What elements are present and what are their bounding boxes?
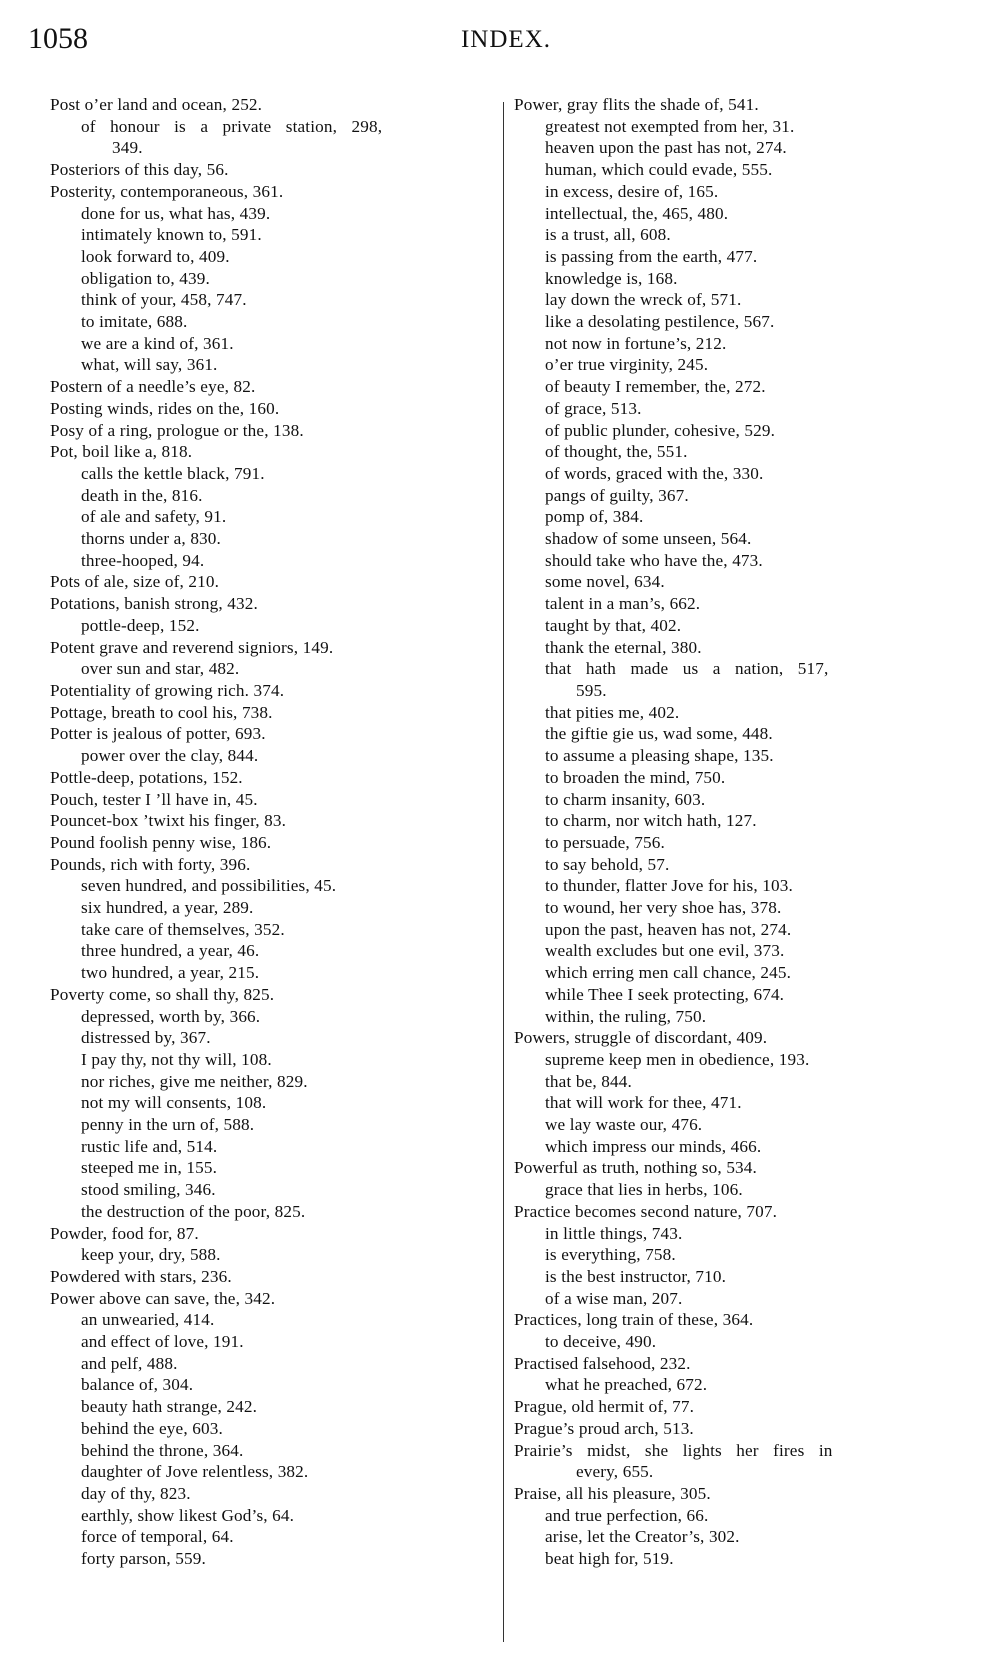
index-subentry: death in the, 816. [50,485,495,507]
index-subentry: the giftie gie us, wad some, 448. [514,723,954,745]
index-subentry: forty parson, 559. [50,1548,495,1570]
index-entry: Prague’s proud arch, 513. [514,1418,954,1440]
index-subentry: penny in the urn of, 588. [50,1114,495,1136]
index-subentry: think of your, 458, 747. [50,289,495,311]
index-subentry: of thought, the, 551. [514,441,954,463]
index-subentry: what, will say, 361. [50,354,495,376]
index-subentry: of words, graced with the, 330. [514,463,954,485]
index-entry: Posting winds, rides on the, 160. [50,398,495,420]
index-subentry: to assume a pleasing shape, 135. [514,745,954,767]
index-subentry: talent in a man’s, 662. [514,593,954,615]
index-subentry: I pay thy, not thy will, 108. [50,1049,495,1071]
index-subentry: of a wise man, 207. [514,1288,954,1310]
index-subentry: and effect of love, 191. [50,1331,495,1353]
index-subentry: thorns under a, 830. [50,528,495,550]
index-subentry: steeped me in, 155. [50,1157,495,1179]
index-subentry: seven hundred, and possibilities, 45. [50,875,495,897]
index-subentry: stood smiling, 346. [50,1179,495,1201]
index-entry: Postern of a needle’s eye, 82. [50,376,495,398]
index-subentry: of beauty I remember, the, 272. [514,376,954,398]
index-entry: Posy of a ring, prologue or the, 138. [50,420,495,442]
index-entry: Poverty come, so shall thy, 825. [50,984,495,1006]
index-entry: Practices, long train of these, 364. [514,1309,954,1331]
index-subentry: an unwearied, 414. [50,1309,495,1331]
index-entry: Powder, food for, 87. [50,1223,495,1245]
index-entry: Pot, boil like a, 818. [50,441,495,463]
index-subentry: we lay waste our, 476. [514,1114,954,1136]
index-subentry: done for us, what has, 439. [50,203,495,225]
index-subentry: is the best instructor, 710. [514,1266,954,1288]
index-subentry: to charm, nor witch hath, 127. [514,810,954,832]
index-subentry: rustic life and, 514. [50,1136,495,1158]
index-subentry: the destruction of the poor, 825. [50,1201,495,1223]
index-subentry: in excess, desire of, 165. [514,181,954,203]
index-continuation: 595. [514,680,954,702]
index-subentry: calls the kettle black, 791. [50,463,495,485]
index-subentry: what he preached, 672. [514,1374,954,1396]
index-subentry: that will work for thee, 471. [514,1092,954,1114]
index-subentry: earthly, show likest God’s, 64. [50,1505,495,1527]
index-subentry: depressed, worth by, 366. [50,1006,495,1028]
index-subentry: pomp of, 384. [514,506,954,528]
index-subentry: arise, let the Creator’s, 302. [514,1526,954,1548]
index-subentry: to broaden the mind, 750. [514,767,954,789]
index-entry: Potter is jealous of potter, 693. [50,723,495,745]
index-subentry: of public plunder, cohesive, 529. [514,420,954,442]
index-subentry: pottle-deep, 152. [50,615,495,637]
index-subentry: behind the eye, 603. [50,1418,495,1440]
index-subentry: over sun and star, 482. [50,658,495,680]
index-subentry: intimately known to, 591. [50,224,495,246]
index-subentry: supreme keep men in obedience, 193. [514,1049,954,1071]
index-subentry: three-hooped, 94. [50,550,495,572]
index-subentry: that hath made us a nation, 517, [514,658,954,680]
index-subentry: is a trust, all, 608. [514,224,954,246]
index-entry: Pots of ale, size of, 210. [50,571,495,593]
left-column: Post o’er land and ocean, 252.of honour … [50,94,495,1570]
index-subentry: like a desolating pestilence, 567. [514,311,954,333]
index-entry: Power, gray flits the shade of, 541. [514,94,954,116]
index-subentry: shadow of some unseen, 564. [514,528,954,550]
index-entry: Posteriors of this day, 56. [50,159,495,181]
index-continuation: 349. [50,137,495,159]
index-subentry: that pities me, 402. [514,702,954,724]
index-entry: Pouch, tester I ’ll have in, 45. [50,789,495,811]
index-entry: Potations, banish strong, 432. [50,593,495,615]
right-column: Power, gray flits the shade of, 541.grea… [514,94,954,1570]
index-entry: Powers, struggle of discordant, 409. [514,1027,954,1049]
index-subentry: is passing from the earth, 477. [514,246,954,268]
index-entry: Powdered with stars, 236. [50,1266,495,1288]
index-subentry: not now in fortune’s, 212. [514,333,954,355]
index-subentry: upon the past, heaven has not, 274. [514,919,954,941]
index-subentry: taught by that, 402. [514,615,954,637]
index-subentry: of ale and safety, 91. [50,506,495,528]
index-subentry: force of temporal, 64. [50,1526,495,1548]
index-subentry: to wound, her very shoe has, 378. [514,897,954,919]
index-subentry: is everything, 758. [514,1244,954,1266]
index-subentry: beauty hath strange, 242. [50,1396,495,1418]
index-entry: Pottage, breath to cool his, 738. [50,702,495,724]
index-subentry: daughter of Jove relentless, 382. [50,1461,495,1483]
index-subentry: some novel, 634. [514,571,954,593]
index-subentry: to thunder, flatter Jove for his, 103. [514,875,954,897]
index-subentry: of honour is a private station, 298, [50,116,495,138]
index-subentry: heaven upon the past has not, 274. [514,137,954,159]
index-subentry: which erring men call chance, 245. [514,962,954,984]
index-continuation: every, 655. [514,1461,954,1483]
index-subentry: behind the throne, 364. [50,1440,495,1462]
index-entry: Powerful as truth, nothing so, 534. [514,1157,954,1179]
index-entry: Posterity, contemporaneous, 361. [50,181,495,203]
index-entry: Post o’er land and ocean, 252. [50,94,495,116]
index-subentry: o’er true virginity, 245. [514,354,954,376]
index-subentry: power over the clay, 844. [50,745,495,767]
index-entry: Potentiality of growing rich. 374. [50,680,495,702]
index-subentry: in little things, 743. [514,1223,954,1245]
index-subentry: knowledge is, 168. [514,268,954,290]
index-subentry: while Thee I seek protecting, 674. [514,984,954,1006]
index-subentry: pangs of guilty, 367. [514,485,954,507]
index-subentry: human, which could evade, 555. [514,159,954,181]
index-subentry: wealth excludes but one evil, 373. [514,940,954,962]
index-entry: Power above can save, the, 342. [50,1288,495,1310]
index-subentry: should take who have the, 473. [514,550,954,572]
index-subentry: within, the ruling, 750. [514,1006,954,1028]
index-entry: Pound foolish penny wise, 186. [50,832,495,854]
index-subentry: and true perfection, 66. [514,1505,954,1527]
column-divider [503,102,504,1642]
index-subentry: which impress our minds, 466. [514,1136,954,1158]
index-entry: Practised falsehood, 232. [514,1353,954,1375]
index-entry: Praise, all his pleasure, 305. [514,1483,954,1505]
index-subentry: lay down the wreck of, 571. [514,289,954,311]
index-subentry: that be, 844. [514,1071,954,1093]
index-subentry: thank the eternal, 380. [514,637,954,659]
index-subentry: we are a kind of, 361. [50,333,495,355]
index-subentry: to imitate, 688. [50,311,495,333]
index-subentry: six hundred, a year, 289. [50,897,495,919]
index-entry: Pounds, rich with forty, 396. [50,854,495,876]
index-subentry: and pelf, 488. [50,1353,495,1375]
index-subentry: nor riches, give me neither, 829. [50,1071,495,1093]
index-subentry: distressed by, 367. [50,1027,495,1049]
index-subentry: to charm insanity, 603. [514,789,954,811]
index-subentry: balance of, 304. [50,1374,495,1396]
index-subentry: two hundred, a year, 215. [50,962,495,984]
index-entry: Pouncet-box ’twixt his finger, 83. [50,810,495,832]
index-subentry: not my will consents, 108. [50,1092,495,1114]
index-subentry: obligation to, 439. [50,268,495,290]
index-subentry: greatest not exempted from her, 31. [514,116,954,138]
index-subentry: to persuade, 756. [514,832,954,854]
index-subentry: day of thy, 823. [50,1483,495,1505]
index-entry: Prairie’s midst, she lights her fires in [514,1440,954,1462]
index-subentry: keep your, dry, 588. [50,1244,495,1266]
running-head: INDEX. [0,26,1000,54]
index-subentry: of grace, 513. [514,398,954,420]
index-subentry: look forward to, 409. [50,246,495,268]
index-entry: Practice becomes second nature, 707. [514,1201,954,1223]
index-subentry: beat high for, 519. [514,1548,954,1570]
index-subentry: intellectual, the, 465, 480. [514,203,954,225]
index-subentry: three hundred, a year, 46. [50,940,495,962]
index-subentry: to deceive, 490. [514,1331,954,1353]
index-subentry: to say behold, 57. [514,854,954,876]
index-entry: Prague, old hermit of, 77. [514,1396,954,1418]
index-subentry: take care of themselves, 352. [50,919,495,941]
index-entry: Potent grave and reverend signiors, 149. [50,637,495,659]
index-subentry: grace that lies in herbs, 106. [514,1179,954,1201]
index-entry: Pottle-deep, potations, 152. [50,767,495,789]
